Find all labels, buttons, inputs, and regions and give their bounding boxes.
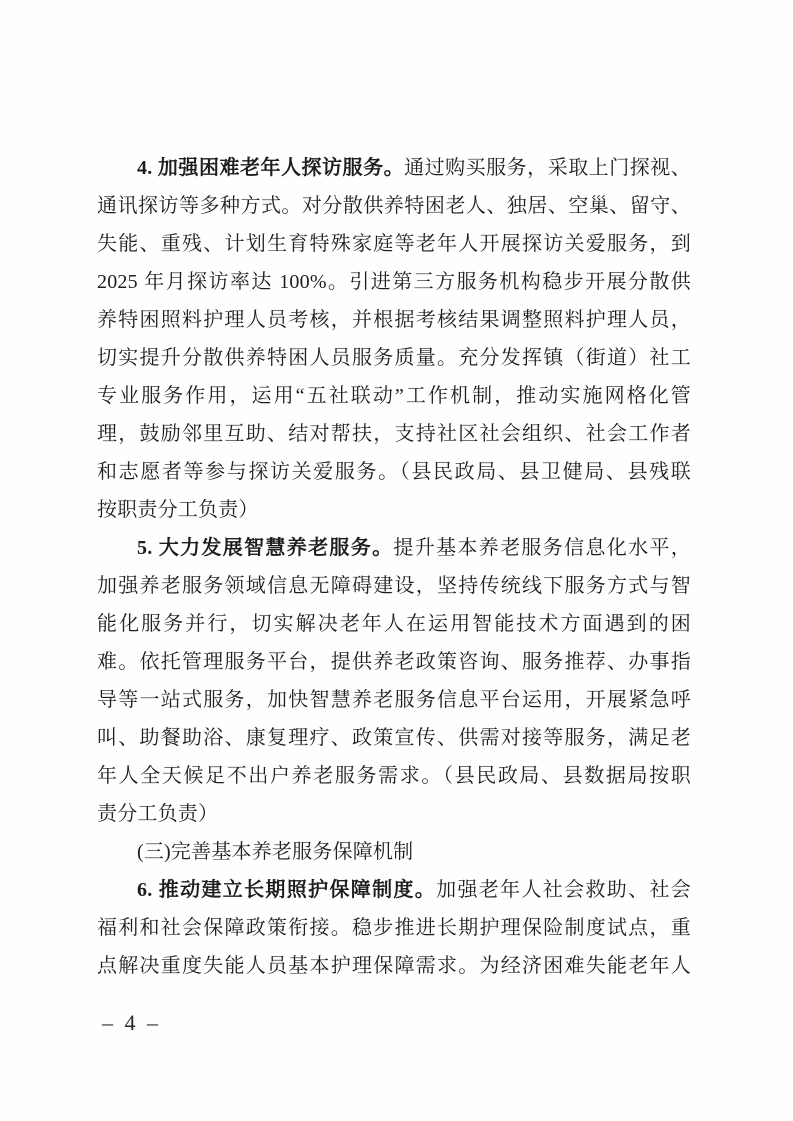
text-line: 理，鼓励邻里互助、结对帮扶，支持社区社会组织、社会工作者 [97,415,691,453]
body-text: 年人全天候足不出户养老服务需求。（县民政局、县数据局按职 [97,765,691,787]
body-text: 失能、重残、计划生育特殊家庭等老年人开展探访关爱服务，到 [97,233,691,255]
text-line: 福利和社会保障政策衔接。稳步推进长期护理保险制度试点，重 [97,909,691,947]
body-text: 养特困照料护理人员考核，并根据考核结果调整照料护理人员， [97,309,691,331]
text-line: 2025 年月探访率达 100%。引进第三方服务机构稳步开展分散供 [97,263,691,301]
text-line: 养特困照料护理人员考核，并根据考核结果调整照料护理人员， [97,301,691,339]
text-line: 失能、重残、计划生育特殊家庭等老年人开展探访关爱服务，到 [97,225,691,263]
text-line: 叫、助餐助浴、康复理疗、政策宣传、供需对接等服务，满足老 [97,719,691,757]
body-text: 2025 年月探访率达 100%。引进第三方服务机构稳步开展分散供 [97,271,691,293]
body-text: (三)完善基本养老服务保障机制 [137,841,413,863]
document-page: 4. 加强困难老年人探访服务。通过购买服务，采取上门探视、通讯探访等多种方式。对… [0,0,793,1121]
text-line: 4. 加强困难老年人探访服务。通过购买服务，采取上门探视、 [97,149,691,187]
body-text: 按职责分工负责） [97,499,259,521]
document-lines: 4. 加强困难老年人探访服务。通过购买服务，采取上门探视、通讯探访等多种方式。对… [97,149,691,985]
text-line: 难。依托管理服务平台，提供养老政策咨询、服务推荐、办事指 [97,643,691,681]
body-text: 能化服务并行，切实解决老年人在运用智能技术方面遇到的困 [97,613,691,635]
text-line: 按职责分工负责） [97,491,691,529]
text-line: 责分工负责） [97,795,691,833]
text-line: (三)完善基本养老服务保障机制 [97,833,691,871]
text-line: 5. 大力发展智慧养老服务。提升基本养老服务信息化水平， [97,529,691,567]
paragraph-heading-text: 5. 大力发展智慧养老服务。 [137,537,393,559]
text-line: 导等一站式服务，加快智慧养老服务信息平台运用，开展紧急呼 [97,681,691,719]
paragraph-heading-text: 4. 加强困难老年人探访服务。 [137,157,404,179]
text-line: 加强养老服务领域信息无障碍建设，坚持传统线下服务方式与智 [97,567,691,605]
body-text: 专业服务作用，运用“五社联动”工作机制，推动实施网格化管 [97,385,691,407]
paragraph-heading-text: 6. 推动建立长期照护保障制度。 [137,879,436,901]
body-text: 提升基本养老服务信息化水平， [393,537,691,559]
text-line: 切实提升分散供养特困人员服务质量。充分发挥镇（街道）社工 [97,339,691,377]
body-text: 加强老年人社会救助、社会 [436,879,691,901]
page-number: – 4 – [102,1008,161,1038]
body-text: 叫、助餐助浴、康复理疗、政策宣传、供需对接等服务，满足老 [97,727,691,749]
body-text: 福利和社会保障政策衔接。稳步推进长期护理保险制度试点，重 [97,917,691,939]
body-text: 导等一站式服务，加快智慧养老服务信息平台运用，开展紧急呼 [97,689,691,711]
text-line: 通讯探访等多种方式。对分散供养特困老人、独居、空巢、留守、 [97,187,691,225]
body-text: 难。依托管理服务平台，提供养老政策咨询、服务推荐、办事指 [97,651,691,673]
body-text: 切实提升分散供养特困人员服务质量。充分发挥镇（街道）社工 [97,347,691,369]
text-line: 专业服务作用，运用“五社联动”工作机制，推动实施网格化管 [97,377,691,415]
body-text: 通过购买服务，采取上门探视、 [404,157,691,179]
text-line: 能化服务并行，切实解决老年人在运用智能技术方面遇到的困 [97,605,691,643]
body-text: 理，鼓励邻里互助、结对帮扶，支持社区社会组织、社会工作者 [97,423,691,445]
body-text: 和志愿者等参与探访关爱服务。（县民政局、县卫健局、县残联 [97,461,691,483]
body-text: 加强养老服务领域信息无障碍建设，坚持传统线下服务方式与智 [97,575,691,597]
body-text: 责分工负责） [97,803,218,825]
text-line: 6. 推动建立长期照护保障制度。加强老年人社会救助、社会 [97,871,691,909]
text-line: 点解决重度失能人员基本护理保障需求。为经济困难失能老年人 [97,947,691,985]
text-line: 和志愿者等参与探访关爱服务。（县民政局、县卫健局、县残联 [97,453,691,491]
text-line: 年人全天候足不出户养老服务需求。（县民政局、县数据局按职 [97,757,691,795]
body-text: 通讯探访等多种方式。对分散供养特困老人、独居、空巢、留守、 [97,195,691,217]
body-text: 点解决重度失能人员基本护理保障需求。为经济困难失能老年人 [97,955,691,977]
